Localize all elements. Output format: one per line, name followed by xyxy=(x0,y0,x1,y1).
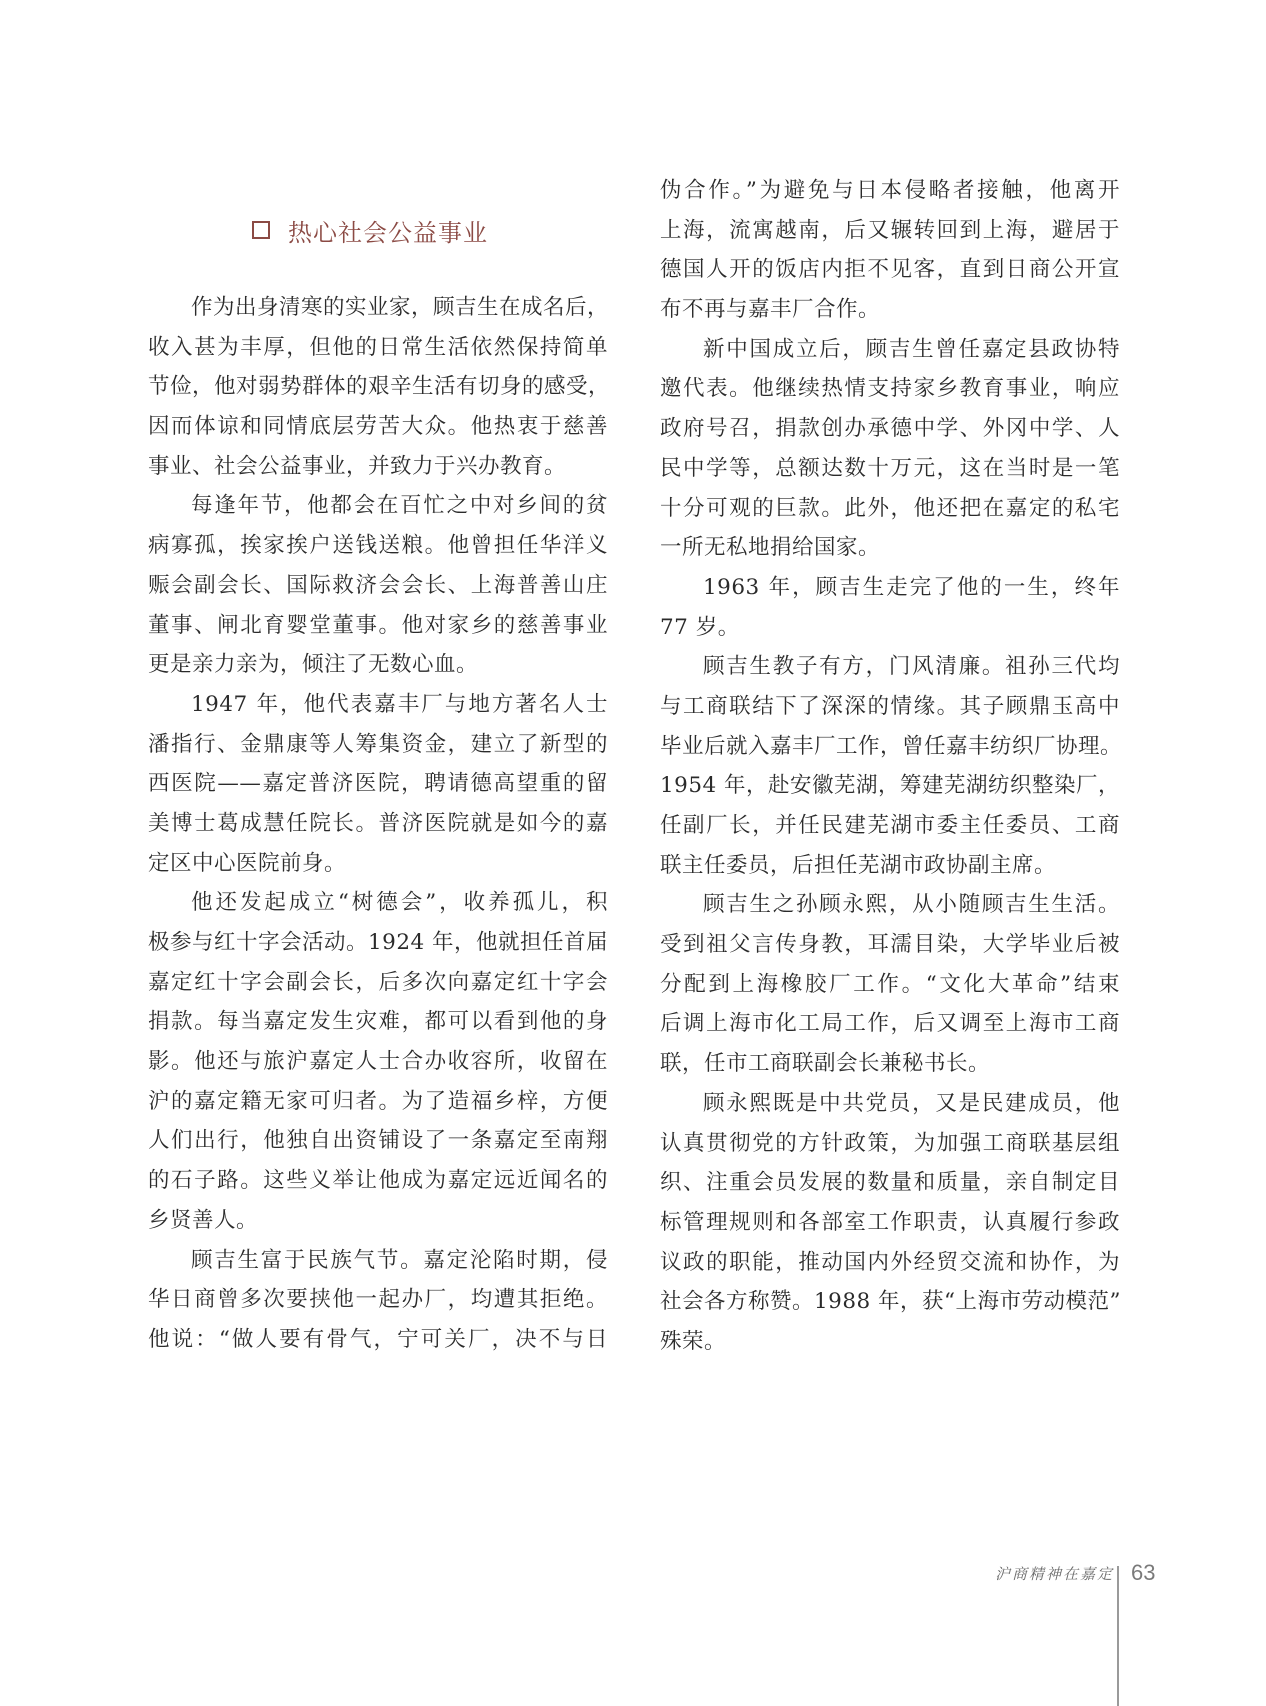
hollow-square-icon xyxy=(252,221,270,239)
text-line: 民中学等，总额达数十万元，这在当时是一笔 xyxy=(660,449,1120,489)
text-line: 每逢年节，他都会在百忙之中对乡间的贫 xyxy=(148,486,608,526)
text-line: 潘指行、金鼎康等人筹集资金，建立了新型的 xyxy=(148,725,608,765)
text-line: 布不再与嘉丰厂合作。 xyxy=(660,290,1120,330)
text-line: 议政的职能，推动国内外经贸交流和协作，为 xyxy=(660,1243,1120,1283)
text-line: 德国人开的饭店内拒不见客，直到日商公开宣 xyxy=(660,250,1120,290)
right-text-column: 伪合作。”为避免与日本侵略者接触，他离开上海，流寓越南，后又辗转回到上海，避居于… xyxy=(660,171,1120,1362)
text-line: 华日商曾多次要挟他一起办厂，均遭其拒绝。 xyxy=(148,1280,608,1320)
text-line: 联，任市工商联副会长兼秘书长。 xyxy=(660,1044,1120,1084)
text-line: 任副厂长，并任民建芜湖市委主任委员、工商 xyxy=(660,806,1120,846)
text-line: 1954 年，赴安徽芜湖，筹建芜湖纺织整染厂， xyxy=(660,766,1120,806)
text-line: 的石子路。这些义举让他成为嘉定远近闻名的 xyxy=(148,1161,608,1201)
footer-divider xyxy=(1117,1566,1119,1706)
text-line: 十分可观的巨款。此外，他还把在嘉定的私宅 xyxy=(660,489,1120,529)
text-line: 伪合作。”为避免与日本侵略者接触，他离开 xyxy=(660,171,1120,211)
text-line: 政府号召，捐款创办承德中学、外冈中学、人 xyxy=(660,409,1120,449)
text-line: 顾永熙既是中共党员，又是民建成员，他 xyxy=(660,1084,1120,1124)
text-line: 赈会副会长、国际救济会会长、上海普善山庄 xyxy=(148,566,608,606)
text-line: 1963 年，顾吉生走完了他的一生，终年 xyxy=(660,568,1120,608)
text-line: 殊荣。 xyxy=(660,1322,1120,1362)
text-line: 嘉定红十字会副会长，后多次向嘉定红十字会 xyxy=(148,963,608,1003)
text-line: 影。他还与旅沪嘉定人士合办收容所，收留在 xyxy=(148,1042,608,1082)
text-line: 顾吉生教子有方，门风清廉。祖孙三代均 xyxy=(660,647,1120,687)
text-line: 邀代表。他继续热情支持家乡教育事业，响应 xyxy=(660,369,1120,409)
section-title: 热心社会公益事业 xyxy=(288,213,488,248)
text-line: 定区中心医院前身。 xyxy=(148,844,608,884)
text-line: 认真贯彻党的方针政策，为加强工商联基层组 xyxy=(660,1124,1120,1164)
running-title: 沪商精神在嘉定 xyxy=(995,1563,1114,1584)
text-line: 沪的嘉定籍无家可归者。为了造福乡梓，方便 xyxy=(148,1082,608,1122)
text-line: 作为出身清寒的实业家，顾吉生在成名后， xyxy=(148,288,608,328)
page-number: 63 xyxy=(1131,1560,1155,1586)
text-line: 他还发起成立“树德会”，收养孤儿，积 xyxy=(148,883,608,923)
text-line: 美博士葛成慧任院长。普济医院就是如今的嘉 xyxy=(148,804,608,844)
text-line: 社会各方称赞。1988 年，获“上海市劳动模范” xyxy=(660,1282,1120,1322)
text-line: 因而体谅和同情底层劳苦大众。他热衷于慈善 xyxy=(148,407,608,447)
text-line: 更是亲力亲为，倾注了无数心血。 xyxy=(148,645,608,685)
text-line: 乡贤善人。 xyxy=(148,1201,608,1241)
text-line: 病寡孤，挨家挨户送钱送粮。他曾担任华洋义 xyxy=(148,526,608,566)
text-line: 1947 年，他代表嘉丰厂与地方著名人士 xyxy=(148,685,608,725)
text-line: 受到祖父言传身教，耳濡目染，大学毕业后被 xyxy=(660,925,1120,965)
left-text-column: 作为出身清寒的实业家，顾吉生在成名后，收入甚为丰厚，但他的日常生活依然保持简单节… xyxy=(148,288,608,1360)
document-page: 热心社会公益事业 作为出身清寒的实业家，顾吉生在成名后，收入甚为丰厚，但他的日常… xyxy=(0,0,1266,1706)
text-line: 一所无私地捐给国家。 xyxy=(660,528,1120,568)
text-line: 织、注重会员发展的数量和质量，亲自制定目 xyxy=(660,1163,1120,1203)
text-line: 顾吉生富于民族气节。嘉定沦陷时期，侵 xyxy=(148,1241,608,1281)
text-line: 新中国成立后，顾吉生曾任嘉定县政协特 xyxy=(660,330,1120,370)
text-line: 标管理规则和各部室工作职责，认真履行参政 xyxy=(660,1203,1120,1243)
text-line: 上海，流寓越南，后又辗转回到上海，避居于 xyxy=(660,211,1120,251)
text-line: 人们出行，他独自出资铺设了一条嘉定至南翔 xyxy=(148,1121,608,1161)
text-line: 联主任委员，后担任芜湖市政协副主席。 xyxy=(660,846,1120,886)
text-line: 他说：“做人要有骨气，宁可关厂，决不与日 xyxy=(148,1320,608,1360)
text-line: 事业、社会公益事业，并致力于兴办教育。 xyxy=(148,447,608,487)
text-line: 后调上海市化工局工作，后又调至上海市工商 xyxy=(660,1004,1120,1044)
text-line: 77 岁。 xyxy=(660,608,1120,648)
text-line: 与工商联结下了深深的情缘。其子顾鼎玉高中 xyxy=(660,687,1120,727)
text-line: 节俭，他对弱势群体的艰辛生活有切身的感受， xyxy=(148,367,608,407)
text-line: 收入甚为丰厚，但他的日常生活依然保持简单 xyxy=(148,328,608,368)
text-line: 捐款。每当嘉定发生灾难，都可以看到他的身 xyxy=(148,1002,608,1042)
text-line: 分配到上海橡胶厂工作。“文化大革命”结束 xyxy=(660,965,1120,1005)
section-heading: 热心社会公益事业 xyxy=(252,212,488,248)
text-line: 西医院——嘉定普济医院，聘请德高望重的留 xyxy=(148,764,608,804)
text-line: 顾吉生之孙顾永熙，从小随顾吉生生活。 xyxy=(660,885,1120,925)
text-line: 毕业后就入嘉丰厂工作，曾任嘉丰纺织厂协理。 xyxy=(660,727,1120,767)
text-line: 董事、闸北育婴堂董事。他对家乡的慈善事业 xyxy=(148,606,608,646)
text-line: 极参与红十字会活动。1924 年，他就担任首届 xyxy=(148,923,608,963)
